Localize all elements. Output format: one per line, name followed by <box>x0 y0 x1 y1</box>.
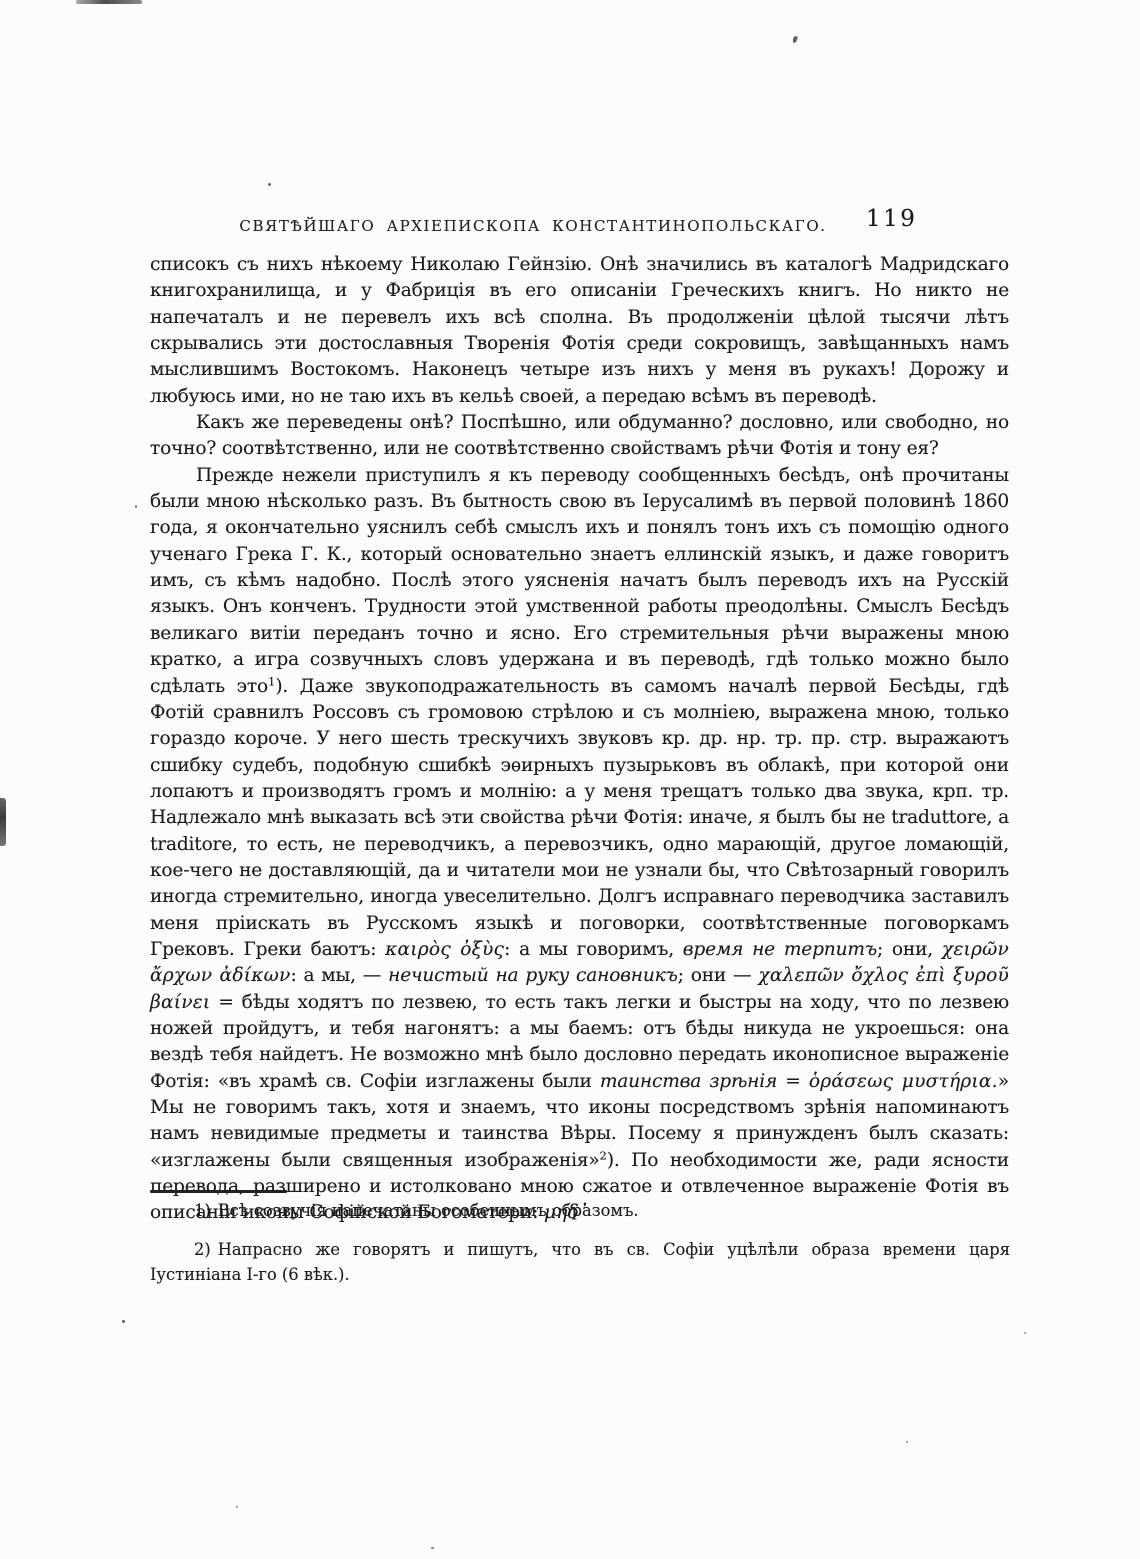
scan-artifact <box>431 1547 434 1549</box>
page-number: 119 <box>866 206 917 232</box>
text-run: καιρὸς ὀξὺς <box>385 939 504 960</box>
scan-artifact <box>236 1506 238 1508</box>
text-run: нечистый на руку сановникъ <box>388 965 678 986</box>
footnote-2-marker: 2) <box>194 1240 211 1259</box>
footnotes-section: 1)Всѣ созвучія напечатаны особеннымъ обр… <box>150 1198 1010 1288</box>
scan-artifact <box>268 183 271 186</box>
scan-artifact <box>0 798 6 846</box>
footnote-1: 1)Всѣ созвучія напечатаны особеннымъ обр… <box>150 1198 1010 1224</box>
paragraph: Прежде нежели приступилъ я къ переводу с… <box>150 463 1009 1227</box>
footnote-separator-rule <box>150 1190 287 1193</box>
footnote-reference: 2 <box>600 1148 607 1162</box>
text-run: = <box>777 1071 809 1092</box>
text-run: Какъ же переведены онѣ? Поспѣшно, или об… <box>150 412 1009 459</box>
scan-artifact <box>122 1320 125 1323</box>
footnote-1-marker: 1) <box>194 1201 211 1220</box>
text-run: таинства зрѣнія <box>600 1071 777 1092</box>
text-run: : а мы, — <box>290 965 388 986</box>
footnote-2-text: Напрасно же говорятъ и пишутъ, что въ св… <box>150 1240 1010 1285</box>
text-run: ὁράσεως μυστήρια. <box>809 1071 998 1092</box>
scan-artifact <box>135 505 137 508</box>
scan-artifact <box>76 0 142 4</box>
running-header-title: СВЯТѢЙШАГО АРХІЕПИСКОПА КОНСТАНТИНОПОЛЬС… <box>239 217 826 235</box>
text-run: ). Даже звукоподражательность въ самомъ … <box>150 676 1009 960</box>
scan-artifact <box>906 1441 908 1443</box>
footnote-1-text: Всѣ созвучія напечатаны особеннымъ образ… <box>218 1201 639 1220</box>
text-run: ; они, <box>877 939 942 960</box>
text-run: время не терпитъ <box>683 939 877 960</box>
page-body-text: списокъ съ нихъ нѣкоему Николаю Гейнзію.… <box>150 252 1009 1227</box>
paragraph-continuation: списокъ съ нихъ нѣкоему Николаю Гейнзію.… <box>150 252 1009 410</box>
book-page: СВЯТѢЙШАГО АРХІЕПИСКОПА КОНСТАНТИНОПОЛЬС… <box>0 0 1140 1559</box>
footnote-2: 2)Напрасно же говорятъ и пишутъ, что въ … <box>150 1237 1010 1288</box>
scan-artifact <box>1024 1332 1026 1334</box>
scan-artifact <box>792 36 798 44</box>
text-run: ; они — <box>678 965 759 986</box>
text-run: Прежде нежели приступилъ я къ переводу с… <box>150 465 1009 697</box>
paragraph: Какъ же переведены онѣ? Поспѣшно, или об… <box>150 410 1009 463</box>
text-run: : а мы говоримъ, <box>504 939 683 960</box>
text-run: списокъ съ нихъ нѣкоему Николаю Гейнзію.… <box>150 254 1009 407</box>
